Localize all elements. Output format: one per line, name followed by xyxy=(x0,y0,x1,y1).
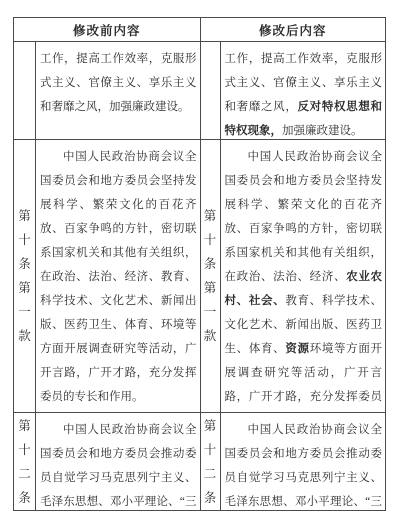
article-label-char: 第 xyxy=(204,204,217,228)
row3-label-after: 第十二条 xyxy=(201,413,221,510)
article-label-char: 条 xyxy=(204,252,217,276)
paragraph: 中国人民政治协商会议全国委员会和地方委员会坚持发展科学、繁荣文化的百花齐放、百家… xyxy=(40,145,197,409)
inserted-bold-text: 资源 xyxy=(285,343,309,355)
row2-content-after: 中国人民政治协商会议全国委员会和地方委员会坚持发展科学、繁荣文化的百花齐放、百家… xyxy=(221,140,386,413)
article-label-char: 十 xyxy=(18,228,31,252)
article-label-char: 第 xyxy=(204,414,217,438)
article-label-char: 二 xyxy=(18,462,31,486)
article-label-char: 条 xyxy=(204,486,217,510)
comparison-table: 修改前内容 修改后内容 工作，提高工作效率，克服形式主义、官僚主义、享乐主义和奢… xyxy=(13,17,386,511)
paragraph: 工作，提高工作效率，克服形式主义、官僚主义、享乐主义和奢靡之风，反对特权思想和特… xyxy=(225,47,383,140)
paragraph: 中国人民政治协商会议全国委员会和地方委员会坚持发展科学、繁荣文化的百花齐放、百家… xyxy=(225,145,383,413)
article-label-char: 第 xyxy=(18,414,31,438)
article-label-char: 条 xyxy=(18,486,31,510)
article-label-char: 十 xyxy=(204,438,217,462)
row3-content-before: 中国人民政治协商会议全国委员会和地方委员会推动委员自觉学习马克思列宁主义、毛泽东… xyxy=(36,413,201,510)
body-text: 加强廉政建设。 xyxy=(282,125,363,137)
article-label-char: 第 xyxy=(18,276,31,300)
row2-content-before: 中国人民政治协商会议全国委员会和地方委员会坚持发展科学、繁荣文化的百花齐放、百家… xyxy=(36,140,201,413)
article-label-char: 十 xyxy=(18,438,31,462)
article-label-char: 一 xyxy=(18,300,31,324)
row3-label-before: 第十二条 xyxy=(14,413,36,510)
paragraph: 工作，提高工作效率，克服形式主义、官僚主义、享乐主义和奢靡之风，加强廉政建设。 xyxy=(40,47,197,119)
document-page: 修改前内容 修改后内容 工作，提高工作效率，克服形式主义、官僚主义、享乐主义和奢… xyxy=(0,0,400,532)
article-label-char: 第 xyxy=(204,276,217,300)
header-after-label: 修改后内容 xyxy=(259,21,327,39)
row1-label-before xyxy=(14,42,36,140)
body-text: 工作，提高工作效率，克服形式主义、官僚主义、享乐主义和奢靡之风，加强廉政建设。 xyxy=(40,53,197,113)
article-label-char: 十 xyxy=(204,228,217,252)
header-after-column: 修改后内容 xyxy=(201,18,386,42)
row1-content-after: 工作，提高工作效率，克服形式主义、官僚主义、享乐主义和奢靡之风，反对特权思想和特… xyxy=(221,42,386,140)
header-before-label: 修改前内容 xyxy=(73,21,141,39)
paragraph: 中国人民政治协商会议全国委员会和地方委员会推动委员自觉学习马克思列宁主义、毛泽东… xyxy=(40,418,197,510)
row2-label-after: 第十条第一款 xyxy=(201,140,221,413)
article-label-char: 第 xyxy=(18,204,31,228)
body-text: 中国人民政治协商会议全国委员会和地方委员会推动委员自觉学习马克思列宁主义、毛泽东… xyxy=(40,424,197,510)
row2-label-before: 第十条第一款 xyxy=(14,140,36,413)
paragraph: 中国人民政治协商会议全国委员会和地方委员会推动委员自觉学习马克思列宁主义、毛泽东… xyxy=(225,418,383,510)
article-label-char: 款 xyxy=(204,324,217,348)
row1-label-after xyxy=(201,42,221,140)
body-text: 中国人民政治协商会议全国委员会和地方委员会推动委员自觉学习马克思列宁主义、毛泽东… xyxy=(225,424,383,510)
body-text: 中国人民政治协商会议全国委员会和地方委员会坚持发展科学、繁荣文化的百花齐放、百家… xyxy=(225,151,383,283)
body-text: 中国人民政治协商会议全国委员会和地方委员会坚持发展科学、繁荣文化的百花齐放、百家… xyxy=(40,151,197,403)
header-before-column: 修改前内容 xyxy=(14,18,201,42)
article-label-char: 款 xyxy=(18,324,31,348)
article-label-char: 一 xyxy=(204,300,217,324)
article-label-char: 二 xyxy=(204,462,217,486)
row3-content-after: 中国人民政治协商会议全国委员会和地方委员会推动委员自觉学习马克思列宁主义、毛泽东… xyxy=(221,413,386,510)
row1-content-before: 工作，提高工作效率，克服形式主义、官僚主义、享乐主义和奢靡之风，加强廉政建设。 xyxy=(36,42,201,140)
article-label-char: 条 xyxy=(18,252,31,276)
